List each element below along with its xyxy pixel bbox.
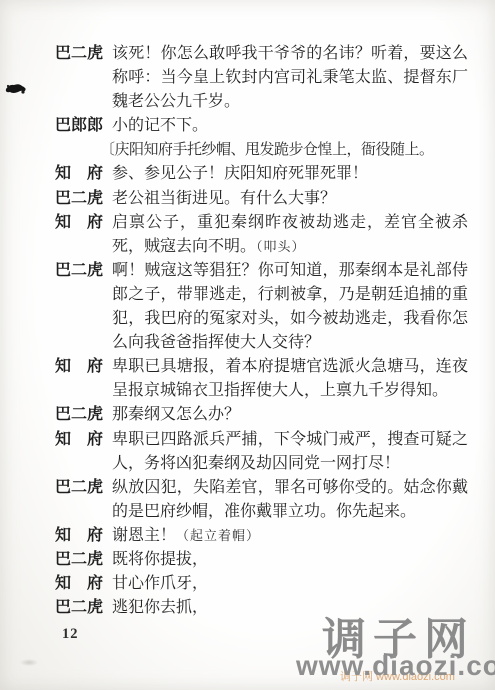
script-line: 魏老公公九千岁。: [55, 90, 468, 114]
script-line: 巴二虎纵放囚犯，失陷差官，罪名可够你受的。姑念你戴: [55, 476, 468, 500]
speaker-label: [55, 500, 112, 524]
script-line: 称呼：当今皇上钦封内宫司礼秉笔太监、提督东厂: [55, 66, 468, 90]
script-line: 么向我爸爸指挥使大人交待？: [55, 331, 468, 355]
speaker-label: [55, 307, 112, 331]
dialogue-text: 老公祖当街进见。有什么大事？: [112, 187, 468, 211]
dialogue-text: 死，贼寇去向不明。（叩头）: [112, 235, 468, 259]
scanned-book-page: 巴二虎该死！你怎么敢呼我干爷爷的名讳？听着，要这么称呼：当今皇上钦封内宫司礼秉笔…: [0, 0, 495, 690]
speaker-label: [55, 283, 112, 307]
dialogue-text: 甘心作爪牙，: [112, 572, 468, 596]
speaker-label: [55, 331, 112, 355]
speaker-label: 巴二虎: [55, 187, 112, 211]
script-line: 知 府卑职已四路派兵严捕，下令城门戒严，搜查可疑之: [55, 428, 468, 452]
script-line: 的是巴府纱帽，准你戴罪立功。你先起来。: [55, 500, 468, 524]
speaker-label: 知 府: [55, 211, 112, 235]
script-line: 巴二虎老公祖当街进见。有什么大事？: [55, 187, 468, 211]
script-line: 巴二虎该死！你怎么敢呼我干爷爷的名讳？听着，要这么: [55, 42, 468, 66]
script-line: 知 府卑职已具塘报，着本府提塘官选派火急塘马，连夜: [55, 355, 468, 379]
script-line: 知 府启禀公子，重犯秦纲昨夜被劫逃走，差官全被杀: [55, 211, 468, 235]
speaker-label: 巴二虎: [55, 42, 112, 66]
script-text-column: 巴二虎该死！你怎么敢呼我干爷爷的名讳？听着，要这么称呼：当今皇上钦封内宫司礼秉笔…: [55, 42, 468, 620]
speaker-label: 巴二虎: [55, 476, 112, 500]
speaker-label: 知 府: [55, 572, 112, 596]
script-line: 呈报京城锦衣卫指挥使大人，上禀九千岁得知。: [55, 379, 468, 403]
dialogue-text: 小的记不下。: [112, 114, 468, 138]
script-line: 巴二虎啊！贼寇这等猖狂？你可知道，那秦纲本是礼部侍: [55, 259, 468, 283]
dialogue-text: 参、参见公子！庆阳知府死罪死罪！: [112, 162, 468, 186]
speaker-label: [55, 90, 112, 114]
speaker-label: [55, 235, 112, 259]
dialogue-text: 魏老公公九千岁。: [112, 90, 468, 114]
script-line: 人，务将凶犯秦纲及劫囚同党一网打尽！: [55, 452, 468, 476]
dialogue-text: 呈报京城锦衣卫指挥使大人，上禀九千岁得知。: [112, 379, 468, 403]
speaker-label: 巴郎郎: [55, 114, 112, 138]
dialogue-text: 启禀公子，重犯秦纲昨夜被劫逃走，差官全被杀: [112, 211, 468, 235]
script-line: 巴郎郎小的记不下。: [55, 114, 468, 138]
stage-note: （叩头）: [256, 239, 306, 254]
script-line: 死，贼寇去向不明。（叩头）: [55, 235, 468, 259]
dialogue-text: 的是巴府纱帽，准你戴罪立功。你先起来。: [112, 500, 468, 524]
script-line: 巴二虎那秦纲又怎么办？: [55, 403, 468, 427]
speaker-label: [55, 452, 112, 476]
dialogue-text: 啊！贼寇这等猖狂？你可知道，那秦纲本是礼部侍: [112, 259, 468, 283]
speaker-label: 巴二虎: [55, 403, 112, 427]
script-line: 知 府谢恩主！（起立着帽）: [55, 524, 468, 548]
ink-blot-artifact: [3, 80, 29, 100]
dialogue-text: 郎之子，带罪逃走，行刺被拿，乃是朝廷追捕的重: [112, 283, 468, 307]
speaker-label: 知 府: [55, 428, 112, 452]
smudge-artifact: [20, 659, 38, 666]
script-line: 郎之子，带罪逃走，行刺被拿，乃是朝廷追捕的重: [55, 283, 468, 307]
script-line: 巴二虎既将你提拔，: [55, 548, 468, 572]
dialogue-text: 么向我爸爸指挥使大人交待？: [112, 331, 468, 355]
watermark-site-url: www.diaozi.com: [296, 650, 495, 682]
dialogue-text: 卑职已具塘报，着本府提塘官选派火急塘马，连夜: [112, 355, 468, 379]
stage-direction: 〔庆阳知府手托纱帽、甩发跪步仓惶上，衙役随上。: [55, 138, 468, 162]
script-line: 知 府甘心作爪牙，: [55, 572, 468, 596]
dialogue-text: 犯，我巴府的冤家对头，如今被劫逃走，我看你怎: [112, 307, 468, 331]
speaker-label: [55, 66, 112, 90]
speaker-label: [55, 379, 112, 403]
dialogue-text: 谢恩主！（起立着帽）: [112, 524, 468, 548]
speaker-label: 知 府: [55, 355, 112, 379]
script-line: 犯，我巴府的冤家对头，如今被劫逃走，我看你怎: [55, 307, 468, 331]
speaker-label: 知 府: [55, 162, 112, 186]
speaker-label: 巴二虎: [55, 548, 112, 572]
speaker-label: 巴二虎: [55, 259, 112, 283]
dialogue-text: 纵放囚犯，失陷差官，罪名可够你受的。姑念你戴: [112, 476, 468, 500]
page-number: 12: [62, 626, 79, 643]
dialogue-text: 人，务将凶犯秦纲及劫囚同党一网打尽！: [112, 452, 468, 476]
dialogue-text: 该死！你怎么敢呼我干爷爷的名讳？听着，要这么: [112, 42, 468, 66]
dialogue-text: 那秦纲又怎么办？: [112, 403, 468, 427]
speaker-label: 知 府: [55, 524, 112, 548]
dialogue-text: 卑职已四路派兵严捕，下令城门戒严，搜查可疑之: [112, 428, 468, 452]
dialogue-text: 称呼：当今皇上钦封内宫司礼秉笔太监、提督东厂: [112, 66, 468, 90]
dialogue-text: 既将你提拔，: [112, 548, 468, 572]
speaker-label: 巴二虎: [55, 596, 112, 620]
stage-note: （起立着帽）: [176, 528, 260, 543]
script-line: 知 府参、参见公子！庆阳知府死罪死罪！: [55, 162, 468, 186]
